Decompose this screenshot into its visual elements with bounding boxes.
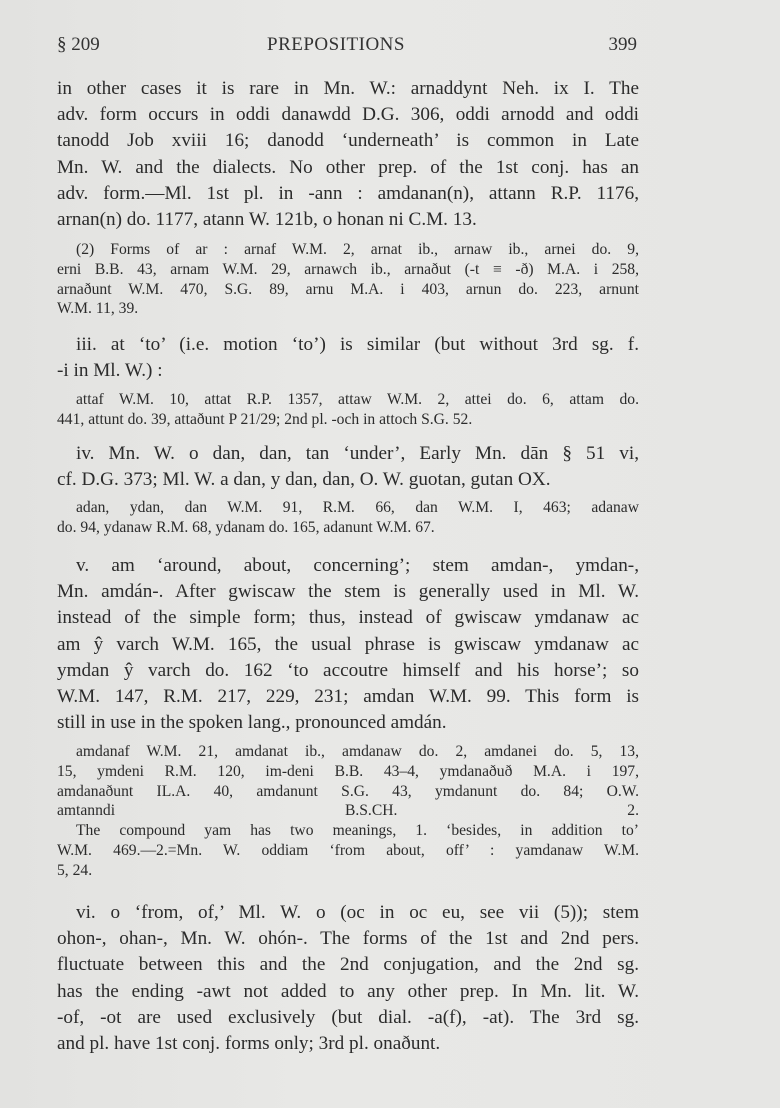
text-line: cf. D.G. 373; Ml. W. a dan, y dan, dan, … xyxy=(57,467,639,493)
text-line: adan, ydan, dan W.M. 91, R.M. 66, dan W.… xyxy=(57,498,639,518)
text-line: amdanaðunt IL.A. 40, amdanunt S.G. 43, y… xyxy=(57,782,639,802)
text-line: and pl. have 1st conj. forms only; 3rd p… xyxy=(57,1031,639,1057)
text-line: adv. form.—Ml. 1st pl. in -ann : amdanan… xyxy=(57,181,639,207)
page-title: PREPOSITIONS xyxy=(267,34,405,56)
text-line: instead of the simple form; thus, instea… xyxy=(57,605,639,631)
text-line: arnan(n) do. 1177, atann W. 121b, o hona… xyxy=(57,207,639,233)
text-line: vi. o ‘from, of,’ Ml. W. o (oc in oc eu,… xyxy=(57,900,639,926)
text-line: 15, ymdeni R.M. 120, im-deni B.B. 43–4, … xyxy=(57,762,639,782)
text-line: (2) Forms of ar : arnaf W.M. 2, arnat ib… xyxy=(57,240,639,260)
running-header: § 209 PREPOSITIONS 399 xyxy=(57,34,637,58)
paragraph-p5: iv. Mn. W. o dan, dan, tan ‘under’, Earl… xyxy=(57,441,639,493)
text-line: in other cases it is rare in Mn. W.: arn… xyxy=(57,76,639,102)
book-page: § 209 PREPOSITIONS 399 in other cases it… xyxy=(0,0,780,1108)
text-line: amtanndi B.S.CH. 2. xyxy=(57,801,639,821)
text-line: fluctuate between this and the 2nd conju… xyxy=(57,952,639,978)
text-line: v. am ‘around, about, concerning’; stem … xyxy=(57,553,639,579)
text-line: tanodd Job xviii 16; danodd ‘underneath’… xyxy=(57,128,639,154)
text-line: ymdan ŷ varch do. 162 ‘to accoutre himse… xyxy=(57,658,639,684)
text-line: iii. at ‘to’ (i.e. motion ‘to’) is simil… xyxy=(57,332,639,358)
text-line: erni B.B. 43, arnam W.M. 29, arnawch ib.… xyxy=(57,260,639,280)
paragraph-p9: vi. o ‘from, of,’ Ml. W. o (oc in oc eu,… xyxy=(57,900,639,1057)
text-line: adv. form occurs in oddi danawdd D.G. 30… xyxy=(57,102,639,128)
text-line: ohon-, ohan-, Mn. W. ohón-. The forms of… xyxy=(57,926,639,952)
paragraph-p2: (2) Forms of ar : arnaf W.M. 2, arnat ib… xyxy=(57,240,639,319)
text-line: Mn. amdán-. After gwiscaw the stem is ge… xyxy=(57,579,639,605)
text-line: 441, attunt do. 39, attaðunt P 21/29; 2n… xyxy=(57,410,639,430)
text-line: W.M. 11, 39. xyxy=(57,299,639,319)
text-line: 5, 24. xyxy=(57,861,639,881)
paragraph-p1: in other cases it is rare in Mn. W.: arn… xyxy=(57,76,639,233)
text-line: arnaðunt W.M. 470, S.G. 89, arnu M.A. i … xyxy=(57,280,639,300)
text-line: The compound yam has two meanings, 1. ‘b… xyxy=(57,821,639,841)
page-number: 399 xyxy=(609,34,638,56)
section-number: § 209 xyxy=(57,34,100,56)
text-line: am ŷ varch W.M. 165, the usual phrase is… xyxy=(57,632,639,658)
text-line: W.M. 147, R.M. 217, 229, 231; amdan W.M.… xyxy=(57,684,639,710)
text-line: -of, -ot are used exclusively (but dial.… xyxy=(57,1005,639,1031)
text-line: do. 94, ydanaw R.M. 68, ydanam do. 165, … xyxy=(57,518,639,538)
text-line: still in use in the spoken lang., pronou… xyxy=(57,710,639,736)
text-line: Mn. W. and the dialects. No other prep. … xyxy=(57,155,639,181)
paragraph-p4: attaf W.M. 10, attat R.P. 1357, attaw W.… xyxy=(57,390,639,430)
text-line: W.M. 469.—2.=Mn. W. oddiam ‘from about, … xyxy=(57,841,639,861)
paragraph-p7: v. am ‘around, about, concerning’; stem … xyxy=(57,553,639,736)
paragraph-p3: iii. at ‘to’ (i.e. motion ‘to’) is simil… xyxy=(57,332,639,384)
paragraph-p8: amdanaf W.M. 21, amdanat ib., amdanaw do… xyxy=(57,742,639,881)
text-line: -i in Ml. W.) : xyxy=(57,358,639,384)
text-line: amdanaf W.M. 21, amdanat ib., amdanaw do… xyxy=(57,742,639,762)
paragraph-p6: adan, ydan, dan W.M. 91, R.M. 66, dan W.… xyxy=(57,498,639,538)
text-line: attaf W.M. 10, attat R.P. 1357, attaw W.… xyxy=(57,390,639,410)
text-line: iv. Mn. W. o dan, dan, tan ‘under’, Earl… xyxy=(57,441,639,467)
text-line: has the ending -awt not added to any oth… xyxy=(57,979,639,1005)
